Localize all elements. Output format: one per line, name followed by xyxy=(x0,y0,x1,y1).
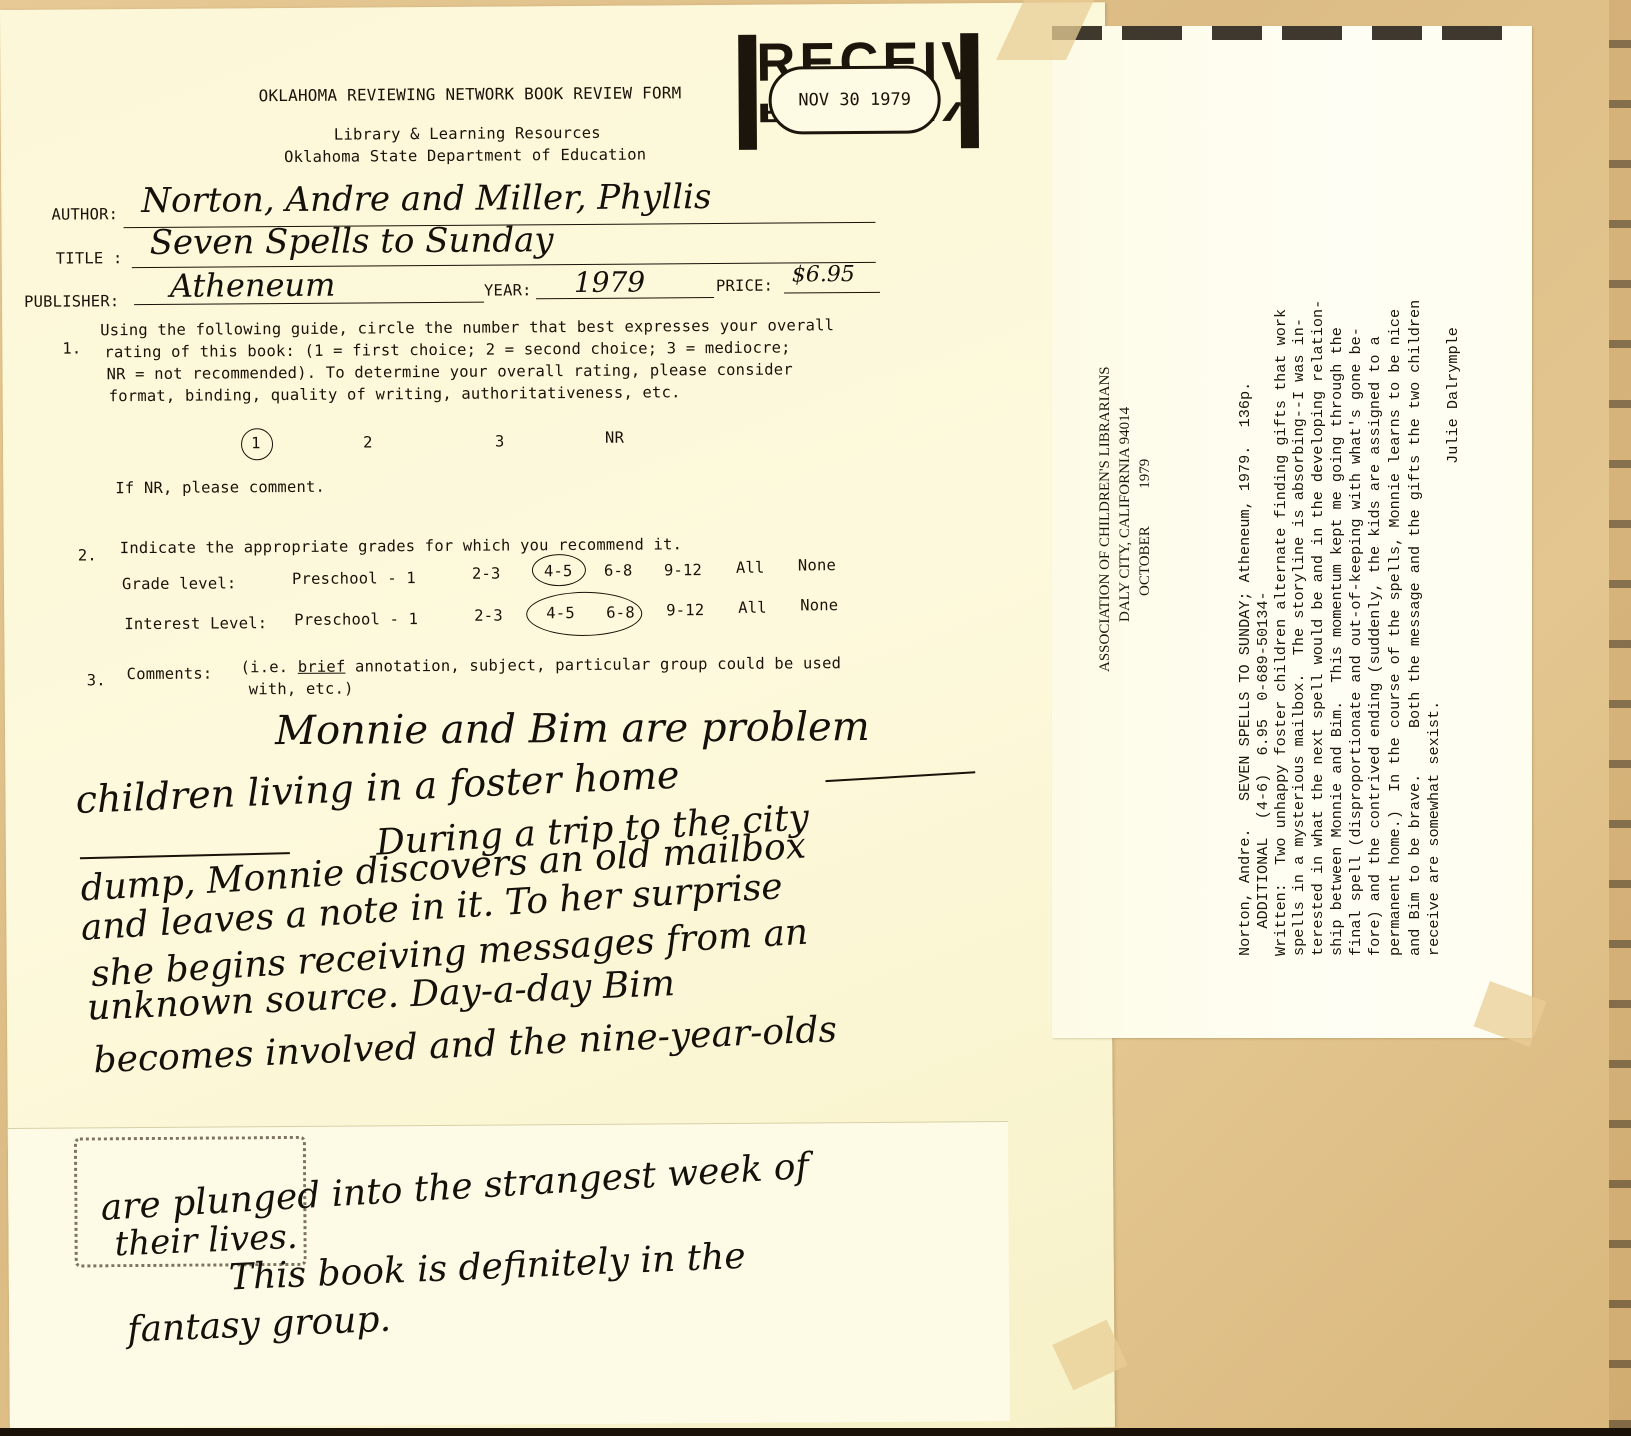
scan-bottom-border xyxy=(0,1428,1631,1436)
q3-hint: (i.e. brief annotation, subject, particu… xyxy=(241,654,842,676)
q1-line-4: format, binding, quality of writing, aut… xyxy=(109,383,681,405)
clipping-source-line-3: OCTOBER 1979 xyxy=(1138,296,1153,596)
review-line-10: and Bim to be brave. Both the message an… xyxy=(1408,76,1423,956)
review-line-11: receive are somewhat sexist. xyxy=(1427,76,1442,956)
interest-opt-9-12[interactable]: 9-12 xyxy=(666,601,704,619)
review-line-1: Norton, Andre. SEVEN SPELLS TO SUNDAY; A… xyxy=(1238,76,1253,956)
scrapbook-binding-edge xyxy=(1609,0,1631,1436)
review-line-12: Julie Dalrymple xyxy=(1446,76,1461,956)
rating-option-1[interactable]: 1 xyxy=(251,434,261,452)
q2-prompt: Indicate the appropriate grades for whic… xyxy=(120,535,683,557)
rating-option-3[interactable]: 3 xyxy=(495,432,505,450)
org-line-2: Oklahoma State Department of Education xyxy=(284,145,646,166)
interest-opt-all[interactable]: All xyxy=(738,599,767,617)
review-line-4: spells in a mysterious mailbox. The stor… xyxy=(1292,76,1307,956)
review-line-7: final spell (disproportionate and out-of… xyxy=(1349,76,1364,956)
grade-opt-9-12[interactable]: 9-12 xyxy=(664,561,702,579)
publisher-value[interactable]: Atheneum xyxy=(170,266,336,305)
rating-option-2[interactable]: 2 xyxy=(363,433,373,451)
grade-level-label: Grade level: xyxy=(122,574,237,593)
review-line-5: terested in what the next spell would be… xyxy=(1311,76,1326,956)
price-label: PRICE: xyxy=(716,277,773,295)
q3-number: 3. xyxy=(87,671,106,689)
clipping-source-line-1: ASSOCIATION OF CHILDREN'S LIBRARIANS xyxy=(1098,212,1113,672)
publisher-label: PUBLISHER: xyxy=(24,292,119,311)
review-line-2: ADDITIONAL (4-6) 6.95 0-689-50134- xyxy=(1256,76,1271,956)
comment-line-1: Monnie and Bim are problem xyxy=(275,704,870,754)
q1-line-1: Using the following guide, circle the nu… xyxy=(100,316,834,339)
interest-opt-none[interactable]: None xyxy=(800,596,838,614)
review-line-3: Written: Two unhappy foster children alt… xyxy=(1274,76,1289,956)
q1-line-3: NR = not recommended). To determine your… xyxy=(106,360,792,383)
received-date: NOV 30 1979 xyxy=(768,65,940,134)
grade-opt-none[interactable]: None xyxy=(798,556,836,574)
title-value[interactable]: Seven Spells to Sunday xyxy=(149,220,553,263)
grade-opt-2-3[interactable]: 2-3 xyxy=(472,565,501,583)
q1-number: 1. xyxy=(62,339,81,357)
q1-line-2: rating of this book: (1 = first choice; … xyxy=(104,338,790,361)
review-line-6: ship between Monnie and Bim. This moment… xyxy=(1330,76,1345,956)
q2-number: 2. xyxy=(78,546,97,564)
price-value[interactable]: $6.95 xyxy=(792,262,855,287)
strikethrough-1 xyxy=(825,771,975,782)
q3-hint-line-2: with, etc.) xyxy=(249,680,354,699)
title-label: TITLE : xyxy=(56,249,123,267)
review-line-9: permanent home.) In the course of the sp… xyxy=(1388,76,1403,956)
nr-comment-note: If NR, please comment. xyxy=(115,478,325,497)
price-line xyxy=(784,292,880,294)
rating-option-nr[interactable]: NR xyxy=(605,429,624,447)
grade-opt-4-5[interactable]: 4-5 xyxy=(544,562,573,580)
form-title: OKLAHOMA REVIEWING NETWORK BOOK REVIEW F… xyxy=(259,83,682,105)
review-clipping: ASSOCIATION OF CHILDREN'S LIBRARIANS DAL… xyxy=(1052,26,1532,1038)
grade-opt-preschool[interactable]: Preschool - 1 xyxy=(292,569,416,588)
interest-opt-preschool[interactable]: Preschool - 1 xyxy=(294,610,418,629)
interest-opt-4-5[interactable]: 4-5 xyxy=(546,604,575,622)
year-value[interactable]: 1979 xyxy=(574,266,645,299)
q3-label: Comments: xyxy=(127,665,213,684)
interest-opt-2-3[interactable]: 2-3 xyxy=(474,607,503,625)
year-label: YEAR: xyxy=(484,281,532,299)
clipping-top-strip xyxy=(1052,26,1532,40)
grade-opt-6-8[interactable]: 6-8 xyxy=(604,562,633,580)
review-line-8: fore) and the contrived ending (suddenly… xyxy=(1368,76,1383,956)
grade-opt-all[interactable]: All xyxy=(736,559,765,577)
book-review-form: OKLAHOMA REVIEWING NETWORK BOOK REVIEW F… xyxy=(0,2,1115,1435)
clipping-source-line-2: DALY CITY, CALIFORNIA 94014 xyxy=(1118,262,1133,622)
author-value[interactable]: Norton, Andre and Miller, Phyllis xyxy=(141,177,711,221)
author-label: AUTHOR: xyxy=(51,205,118,223)
interest-opt-6-8[interactable]: 6-8 xyxy=(606,604,635,622)
interest-level-label: Interest Level: xyxy=(124,614,267,633)
org-line-1: Library & Learning Resources xyxy=(334,124,601,144)
